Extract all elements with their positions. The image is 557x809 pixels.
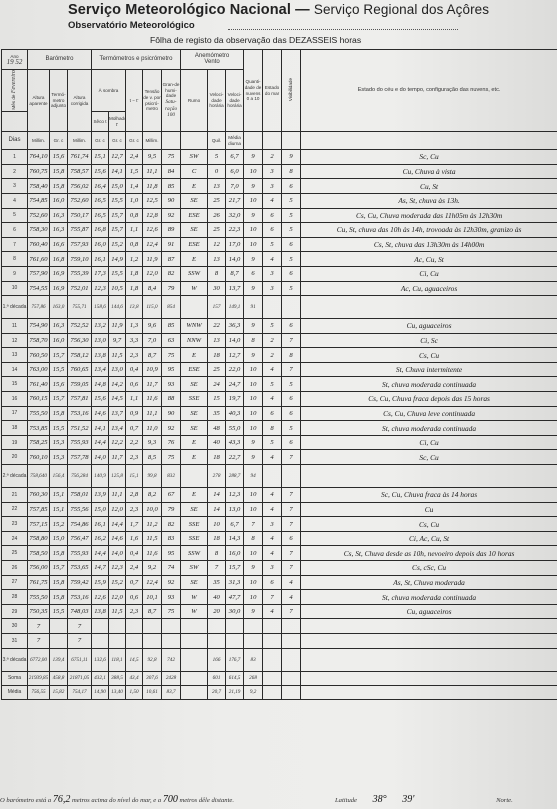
- cell-rumo: E: [181, 179, 208, 194]
- cell-term: 15,5: [50, 604, 68, 619]
- cell-alt-cor: 757,78: [68, 450, 92, 465]
- cell-vel2: 14,3: [226, 531, 244, 546]
- cell-nuv: 10: [244, 164, 263, 179]
- cell-hum: 84: [162, 164, 181, 179]
- remark-cell: Cs, Cu, Chuva leve continuada: [301, 406, 557, 421]
- cell-alt-cor: 755,39: [68, 266, 92, 281]
- distance-value: 700: [163, 794, 178, 805]
- cell-rumo: SE: [181, 575, 208, 590]
- hourly-speed-2-header: Veloci-dade horária: [226, 70, 244, 132]
- remark-cell: Cu, Chuva à vista: [301, 164, 557, 179]
- cell-tensao: 11,7: [143, 377, 162, 392]
- cell-term: 16,3: [50, 208, 68, 223]
- cell-tensao: [143, 633, 162, 648]
- cell-alt-cor: 21871,05: [68, 671, 92, 685]
- direction-header: Rumo: [181, 70, 208, 132]
- cell-term: 15,1: [50, 488, 68, 503]
- cell-hum: 95: [162, 362, 181, 377]
- cell-tensao: 8,2: [143, 488, 162, 503]
- cell-rumo: [181, 619, 208, 634]
- cell-tensao: 9,6: [143, 319, 162, 334]
- cell-molh: 14,4: [109, 517, 126, 532]
- cell-molh: 144,6: [109, 296, 126, 319]
- cell-tensao: 9,3: [143, 435, 162, 450]
- cell-vel2: 6,7: [226, 517, 244, 532]
- cell-vis: 8: [282, 164, 301, 179]
- cell-mar: 4: [263, 502, 282, 517]
- cell-tensao: 12,6: [143, 223, 162, 238]
- cell-seco: 140,9: [92, 465, 109, 488]
- cell-vis: 5: [282, 193, 301, 208]
- cell-tensao: 99,8: [143, 465, 162, 488]
- cell-vel: 12: [208, 237, 226, 252]
- cell-nuv: 9: [244, 179, 263, 194]
- day-cell: 20: [2, 450, 28, 465]
- cell-molh: 15,2: [109, 237, 126, 252]
- cell-nuv: 10: [244, 377, 263, 392]
- barometer-middle: metros acima do nível do mar, e a: [72, 797, 161, 804]
- sheet-title: Fôlha de registo da observação das DEZAS…: [150, 35, 361, 45]
- cell-mar: 4: [263, 362, 282, 377]
- cell-alt-ap: 760,15: [28, 392, 50, 407]
- cell-tensao: 11,1: [143, 406, 162, 421]
- cell-diff: 1,3: [126, 319, 143, 334]
- cell-vel2: 24,7: [226, 377, 244, 392]
- table-row: 14763,0015,5760,6513,413,00,410,995ESE25…: [2, 362, 557, 377]
- cell-diff: 0,6: [126, 590, 143, 605]
- remark-cell: Sc, Cu: [301, 450, 557, 465]
- table-row: 12758,7016,0756,3013,09,73,37,063NNW1314…: [2, 333, 557, 348]
- cell-mar: 4: [263, 488, 282, 503]
- remark-cell: Cu, aguaceiros: [301, 604, 557, 619]
- cell-seco: 132,6: [92, 648, 109, 671]
- cell-vel2: 14,0: [226, 333, 244, 348]
- remark-cell: [301, 633, 557, 648]
- cell-vis: 5: [282, 223, 301, 238]
- remark-cell: Cs, Cu, Chuva moderada das 11h05m às 12h…: [301, 208, 557, 223]
- cell-vel: 18: [208, 531, 226, 546]
- cell-seco: 15,6: [92, 164, 109, 179]
- cell-vel: 157: [208, 296, 226, 319]
- cell-rumo: SSE: [181, 517, 208, 532]
- cell-alt-cor: 753,16: [68, 406, 92, 421]
- cell-hum: 91: [162, 237, 181, 252]
- cell-rumo: [181, 633, 208, 648]
- cell-tensao: 8,7: [143, 348, 162, 363]
- cell-term: 15,8: [50, 179, 68, 194]
- table-row: 4754,8516,0752,6016,515,51,012,590SE2521…: [2, 193, 557, 208]
- cell-tensao: 12,8: [143, 208, 162, 223]
- cell-seco: [92, 619, 109, 634]
- remark-cell: Cs, cSc, Cu: [301, 561, 557, 576]
- cell-nuv: 9: [244, 252, 263, 267]
- cell-mar: 6: [263, 406, 282, 421]
- cell-term: 15,8: [50, 406, 68, 421]
- cell-diff: 2,8: [126, 488, 143, 503]
- cell-diff: 2,3: [126, 348, 143, 363]
- cell-vel: 5: [208, 150, 226, 165]
- remark-cell: Cs, Cu, Chuva fraca depois das 15 horas: [301, 392, 557, 407]
- cell-vel: 30: [208, 281, 226, 296]
- cell-alt-cor: 758,01: [68, 488, 92, 503]
- cell-diff: 0,8: [126, 208, 143, 223]
- cell-seco: 16,5: [92, 193, 109, 208]
- cell-vel2: [226, 633, 244, 648]
- cell-term: [50, 633, 68, 648]
- table-row: 16760,1515,7757,8115,614,51,111,688SSE15…: [2, 392, 557, 407]
- cell-seco: 15,6: [92, 392, 109, 407]
- cell-rumo: ESE: [181, 237, 208, 252]
- table-row: 25758,5015,8755,9314,414,00,411,695SSW81…: [2, 546, 557, 561]
- cell-alt-cor: 759,05: [68, 377, 92, 392]
- unit-blank: [301, 132, 557, 150]
- cell-hum: 83,7: [162, 685, 181, 699]
- cell-molh: 12,2: [109, 435, 126, 450]
- cell-alt-cor: 754,17: [68, 685, 92, 699]
- cell-vis: [282, 619, 301, 634]
- cell-seco: 14,4: [92, 435, 109, 450]
- cell-seco: 13,0: [92, 333, 109, 348]
- remark-cell: Cs, Cu: [301, 517, 557, 532]
- cell-nuv: [244, 619, 263, 634]
- cell-mar: 4: [263, 450, 282, 465]
- cell-rumo: E: [181, 252, 208, 267]
- cell-hum: 92: [162, 575, 181, 590]
- cell-vis: [282, 671, 301, 685]
- day-cell: 23: [2, 517, 28, 532]
- year-cell: Ano19 52: [2, 50, 28, 70]
- cell-term: 16,3: [50, 319, 68, 334]
- cell-nuv: 9,2: [244, 685, 263, 699]
- cell-term: 16,3: [50, 223, 68, 238]
- table-row: 11754,9016,3752,5213,211,91,39,685WNW223…: [2, 319, 557, 334]
- cell-alt-cor: 758,12: [68, 348, 92, 363]
- cell-alt-cor: 753,16: [68, 590, 92, 605]
- corrected-height-header: Altura corrigida: [68, 70, 92, 132]
- day-cell: 18: [2, 421, 28, 436]
- cell-alt-ap: 760,50: [28, 348, 50, 363]
- cell-term: 139,4: [50, 648, 68, 671]
- cell-rumo: SE: [181, 406, 208, 421]
- day-cell: 9: [2, 266, 28, 281]
- cell-vel2: 6,0: [226, 164, 244, 179]
- cell-vis: 7: [282, 561, 301, 576]
- cell-diff: 2,3: [126, 450, 143, 465]
- latitude-direction: Norte.: [496, 797, 513, 804]
- cell-alt-cor: 6751,11: [68, 648, 92, 671]
- cell-term: [50, 619, 68, 634]
- cell-nuv: 10: [244, 502, 263, 517]
- table-row: 29750,3515,5748,0313,811,52,38,775W2030,…: [2, 604, 557, 619]
- cell-vis: [282, 296, 301, 319]
- cell-vel2: 614,5: [226, 671, 244, 685]
- cell-alt-ap: 753,85: [28, 421, 50, 436]
- cell-rumo: W: [181, 590, 208, 605]
- cell-diff: 1,1: [126, 392, 143, 407]
- day-cell: 29: [2, 604, 28, 619]
- cell-vis: 6: [282, 237, 301, 252]
- cell-seco: 14,6: [92, 406, 109, 421]
- cell-hum: 63: [162, 333, 181, 348]
- cell-alt-cor: 753,65: [68, 561, 92, 576]
- register-sheet: Serviço Meteorológico Nacional — Serviço…: [0, 0, 557, 809]
- cell-mar: 3: [263, 281, 282, 296]
- unit-blank: [263, 132, 282, 150]
- cell-mar: 4: [263, 604, 282, 619]
- cell-tensao: 9,5: [143, 150, 162, 165]
- table-row: 5752,6016,3750,1716,515,70,812,892ESE263…: [2, 208, 557, 223]
- cell-rumo: WNW: [181, 319, 208, 334]
- day-cell: 4: [2, 193, 28, 208]
- cell-vel2: 36,3: [226, 319, 244, 334]
- summary-row: 1.ª década757,86163,0755,71158,6144,613,…: [2, 296, 557, 319]
- barometer-prefix: O barómetro está a: [0, 797, 51, 804]
- cell-alt-ap: 763,00: [28, 362, 50, 377]
- cell-diff: 2,4: [126, 561, 143, 576]
- cell-mar: 5: [263, 319, 282, 334]
- remark-cell: St, chuva moderada continuada: [301, 377, 557, 392]
- month-label: Mês de: [11, 95, 16, 110]
- cell-tensao: 11,6: [143, 392, 162, 407]
- cell-tensao: 8,7: [143, 604, 162, 619]
- cell-vel: 20: [208, 604, 226, 619]
- cell-tensao: 11,1: [143, 164, 162, 179]
- cell-vis: 5: [282, 377, 301, 392]
- cell-nuv: 268: [244, 671, 263, 685]
- cell-vel: 0: [208, 164, 226, 179]
- cell-term: 15,7: [50, 348, 68, 363]
- cell-diff: 15,1: [126, 465, 143, 488]
- cell-rumo: SSW: [181, 266, 208, 281]
- cell-mar: 5: [263, 377, 282, 392]
- cell-molh: 9,7: [109, 333, 126, 348]
- cell-mar: 3: [263, 164, 282, 179]
- cell-alt-ap: 758,30: [28, 223, 50, 238]
- cell-mar: 4: [263, 252, 282, 267]
- sea-state-header: Estado do mar: [263, 50, 282, 132]
- cell-hum: 79: [162, 502, 181, 517]
- day-cell: 17: [2, 406, 28, 421]
- cell-alt-ap: 756,00: [28, 561, 50, 576]
- regional-service-name: Serviço Regional dos Açôres: [314, 2, 489, 17]
- cell-rumo: SE: [181, 223, 208, 238]
- cell-alt-ap: 755,50: [28, 406, 50, 421]
- humidity-label: Gran-de humi-dade: [163, 82, 180, 98]
- cell-term: 163,0: [50, 296, 68, 319]
- cell-seco: 14,8: [92, 377, 109, 392]
- cell-rumo: [181, 685, 208, 699]
- cell-diff: 43,4: [126, 671, 143, 685]
- cell-vel2: [226, 619, 244, 634]
- cell-term: 15,7: [50, 561, 68, 576]
- day-cell: 6: [2, 223, 28, 238]
- cell-nuv: 83: [244, 648, 263, 671]
- cell-vel: [208, 619, 226, 634]
- cell-vel2: 12,7: [226, 348, 244, 363]
- cell-rumo: SW: [181, 150, 208, 165]
- cell-nuv: 10: [244, 406, 263, 421]
- table-row: 22757,8515,1755,5615,012,02,310,079SE141…: [2, 502, 557, 517]
- cell-hum: 93: [162, 590, 181, 605]
- day-cell: 26: [2, 561, 28, 576]
- cell-term: 15,3: [50, 435, 68, 450]
- cell-hum: 90: [162, 406, 181, 421]
- remark-cell: Sc, Cu: [301, 150, 557, 165]
- cell-diff: 1,7: [126, 517, 143, 532]
- cell-vis: 7: [282, 333, 301, 348]
- cell-vel: 278: [208, 465, 226, 488]
- cell-vel: 25: [208, 223, 226, 238]
- cell-tensao: 12,4: [143, 575, 162, 590]
- cell-mar: 5: [263, 435, 282, 450]
- cell-vis: 7: [282, 517, 301, 532]
- cell-diff: 2,3: [126, 502, 143, 517]
- cell-alt-cor: 752,01: [68, 281, 92, 296]
- remark-cell: Ac, Cu, St: [301, 252, 557, 267]
- unit-millim: Millim.: [143, 132, 162, 150]
- cell-tensao: 92,8: [143, 648, 162, 671]
- cell-rumo: [181, 465, 208, 488]
- month-spacer: [2, 112, 28, 132]
- cell-alt-ap: 757,90: [28, 266, 50, 281]
- cell-term: 15,6: [50, 377, 68, 392]
- cell-molh: 11,1: [109, 488, 126, 503]
- cell-diff: 1,5: [126, 164, 143, 179]
- saturation-label: Satu-ração 100: [165, 99, 177, 118]
- remark-cell: Ci, Cu: [301, 266, 557, 281]
- cell-term: 16,0: [50, 333, 68, 348]
- cell-mar: 3: [263, 561, 282, 576]
- cell-mar: [263, 465, 282, 488]
- observatory-blank-line: [228, 29, 458, 30]
- cell-alt-ap: 757,85: [28, 502, 50, 517]
- cell-term: 15,8: [50, 590, 68, 605]
- cell-molh: 388,5: [109, 671, 126, 685]
- cell-vel: 13: [208, 252, 226, 267]
- table-row: 17755,5015,8753,1614,613,70,911,190SE354…: [2, 406, 557, 421]
- month-cell: Mês de Fevereiro: [2, 70, 28, 112]
- cell-vel: 35: [208, 575, 226, 590]
- day-cell: 30: [2, 619, 28, 634]
- cell-alt-cor: 752,52: [68, 319, 92, 334]
- cell-nuv: [244, 633, 263, 648]
- cell-vel2: 6,7: [226, 150, 244, 165]
- cell-seco: 13,4: [92, 362, 109, 377]
- visibility-header: Visibilidade: [282, 50, 301, 132]
- cell-molh: 13,7: [109, 406, 126, 421]
- cell-vel2: 19,7: [226, 392, 244, 407]
- unit-millim: Millim.: [68, 132, 92, 150]
- cell-hum: 95: [162, 546, 181, 561]
- humidity-header: Gran-de humi-dadeSatu-ração 100: [162, 70, 181, 132]
- remark-cell: Ac, Cu, aguaceiros: [301, 281, 557, 296]
- cell-mar: [263, 685, 282, 699]
- cell-alt-ap: 760,75: [28, 164, 50, 179]
- cell-vel2: 288,7: [226, 465, 244, 488]
- cell-alt-cor: 752,60: [68, 193, 92, 208]
- cell-mar: 6: [263, 575, 282, 590]
- year-value: 19 52: [7, 58, 23, 66]
- cell-seco: 15,9: [92, 575, 109, 590]
- cell-rumo: SE: [181, 193, 208, 208]
- remark-cell: As, St, Chuva moderada: [301, 575, 557, 590]
- cell-vis: 7: [282, 604, 301, 619]
- cell-alt-ap: 760,10: [28, 450, 50, 465]
- cell-mar: [263, 671, 282, 685]
- cell-alt-ap: 754,85: [28, 193, 50, 208]
- cell-nuv: 10: [244, 392, 263, 407]
- day-cell: 7: [2, 237, 28, 252]
- cell-alt-ap: 755,50: [28, 590, 50, 605]
- cell-diff: 1,6: [126, 531, 143, 546]
- cell-seco: 16,2: [92, 531, 109, 546]
- cell-mar: 5: [263, 237, 282, 252]
- table-row: 3758,4015,8756,0216,415,01,411,885E137,0…: [2, 179, 557, 194]
- cell-vel: 15: [208, 392, 226, 407]
- cell-vel: 166: [208, 648, 226, 671]
- remark-cell: Cs, St, Chuva desde as 10h, nevoeiro dep…: [301, 546, 557, 561]
- cell-diff: 2,4: [126, 150, 143, 165]
- cell-nuv: 10: [244, 362, 263, 377]
- cell-vis: 6: [282, 319, 301, 334]
- cell-mar: 4: [263, 392, 282, 407]
- cell-rumo: SW: [181, 561, 208, 576]
- remark-cell: Cs, Cu: [301, 348, 557, 363]
- cell-seco: 16,1: [92, 517, 109, 532]
- table-row: 13760,5015,7758,1213,811,52,38,775E1812,…: [2, 348, 557, 363]
- cell-term: 16,9: [50, 266, 68, 281]
- cell-alt-cor: 756,30: [68, 333, 92, 348]
- cell-vis: 6: [282, 406, 301, 421]
- cell-seco: 12,3: [92, 281, 109, 296]
- cell-nuv: 94: [244, 465, 263, 488]
- cell-hum: 832: [162, 465, 181, 488]
- cell-alt-ap: 758,50: [28, 546, 50, 561]
- cell-alt-cor: 759,10: [68, 252, 92, 267]
- cell-vis: 5: [282, 252, 301, 267]
- cell-rumo: [181, 296, 208, 319]
- cell-rumo: E: [181, 488, 208, 503]
- cell-vel2: 22,3: [226, 223, 244, 238]
- cell-tensao: 10,0: [143, 502, 162, 517]
- cell-molh: [109, 619, 126, 634]
- cell-tensao: 11,8: [143, 179, 162, 194]
- remark-cell: [301, 619, 557, 634]
- cell-seco: 16,0: [92, 237, 109, 252]
- cell-nuv: 91: [244, 296, 263, 319]
- cell-tensao: 12,5: [143, 193, 162, 208]
- cell-alt-cor: 756,284: [68, 465, 92, 488]
- cell-diff: 1,8: [126, 281, 143, 296]
- cell-molh: 11,5: [109, 604, 126, 619]
- cell-vel: 40: [208, 590, 226, 605]
- cell-term: 15,1: [50, 502, 68, 517]
- cell-molh: 11,7: [109, 450, 126, 465]
- title-separator: —: [291, 2, 314, 18]
- summary-label: 3.ª década: [2, 648, 28, 671]
- cell-tensao: 12,4: [143, 237, 162, 252]
- table-row: 8761,6016,8759,1016,114,91,211,987E1314,…: [2, 252, 557, 267]
- cell-tensao: 8,5: [143, 450, 162, 465]
- table-row: 3177: [2, 633, 557, 648]
- cell-seco: 16,1: [92, 252, 109, 267]
- cell-alt-ap: 758,80: [28, 531, 50, 546]
- remark-cell: Sc, Cu, Chuva fraca às 14 horas: [301, 488, 557, 503]
- cell-diff: 2,3: [126, 604, 143, 619]
- day-cell: 10: [2, 281, 28, 296]
- cell-vel2: 15,7: [226, 561, 244, 576]
- remark-cell: St, Chuva intermitente: [301, 362, 557, 377]
